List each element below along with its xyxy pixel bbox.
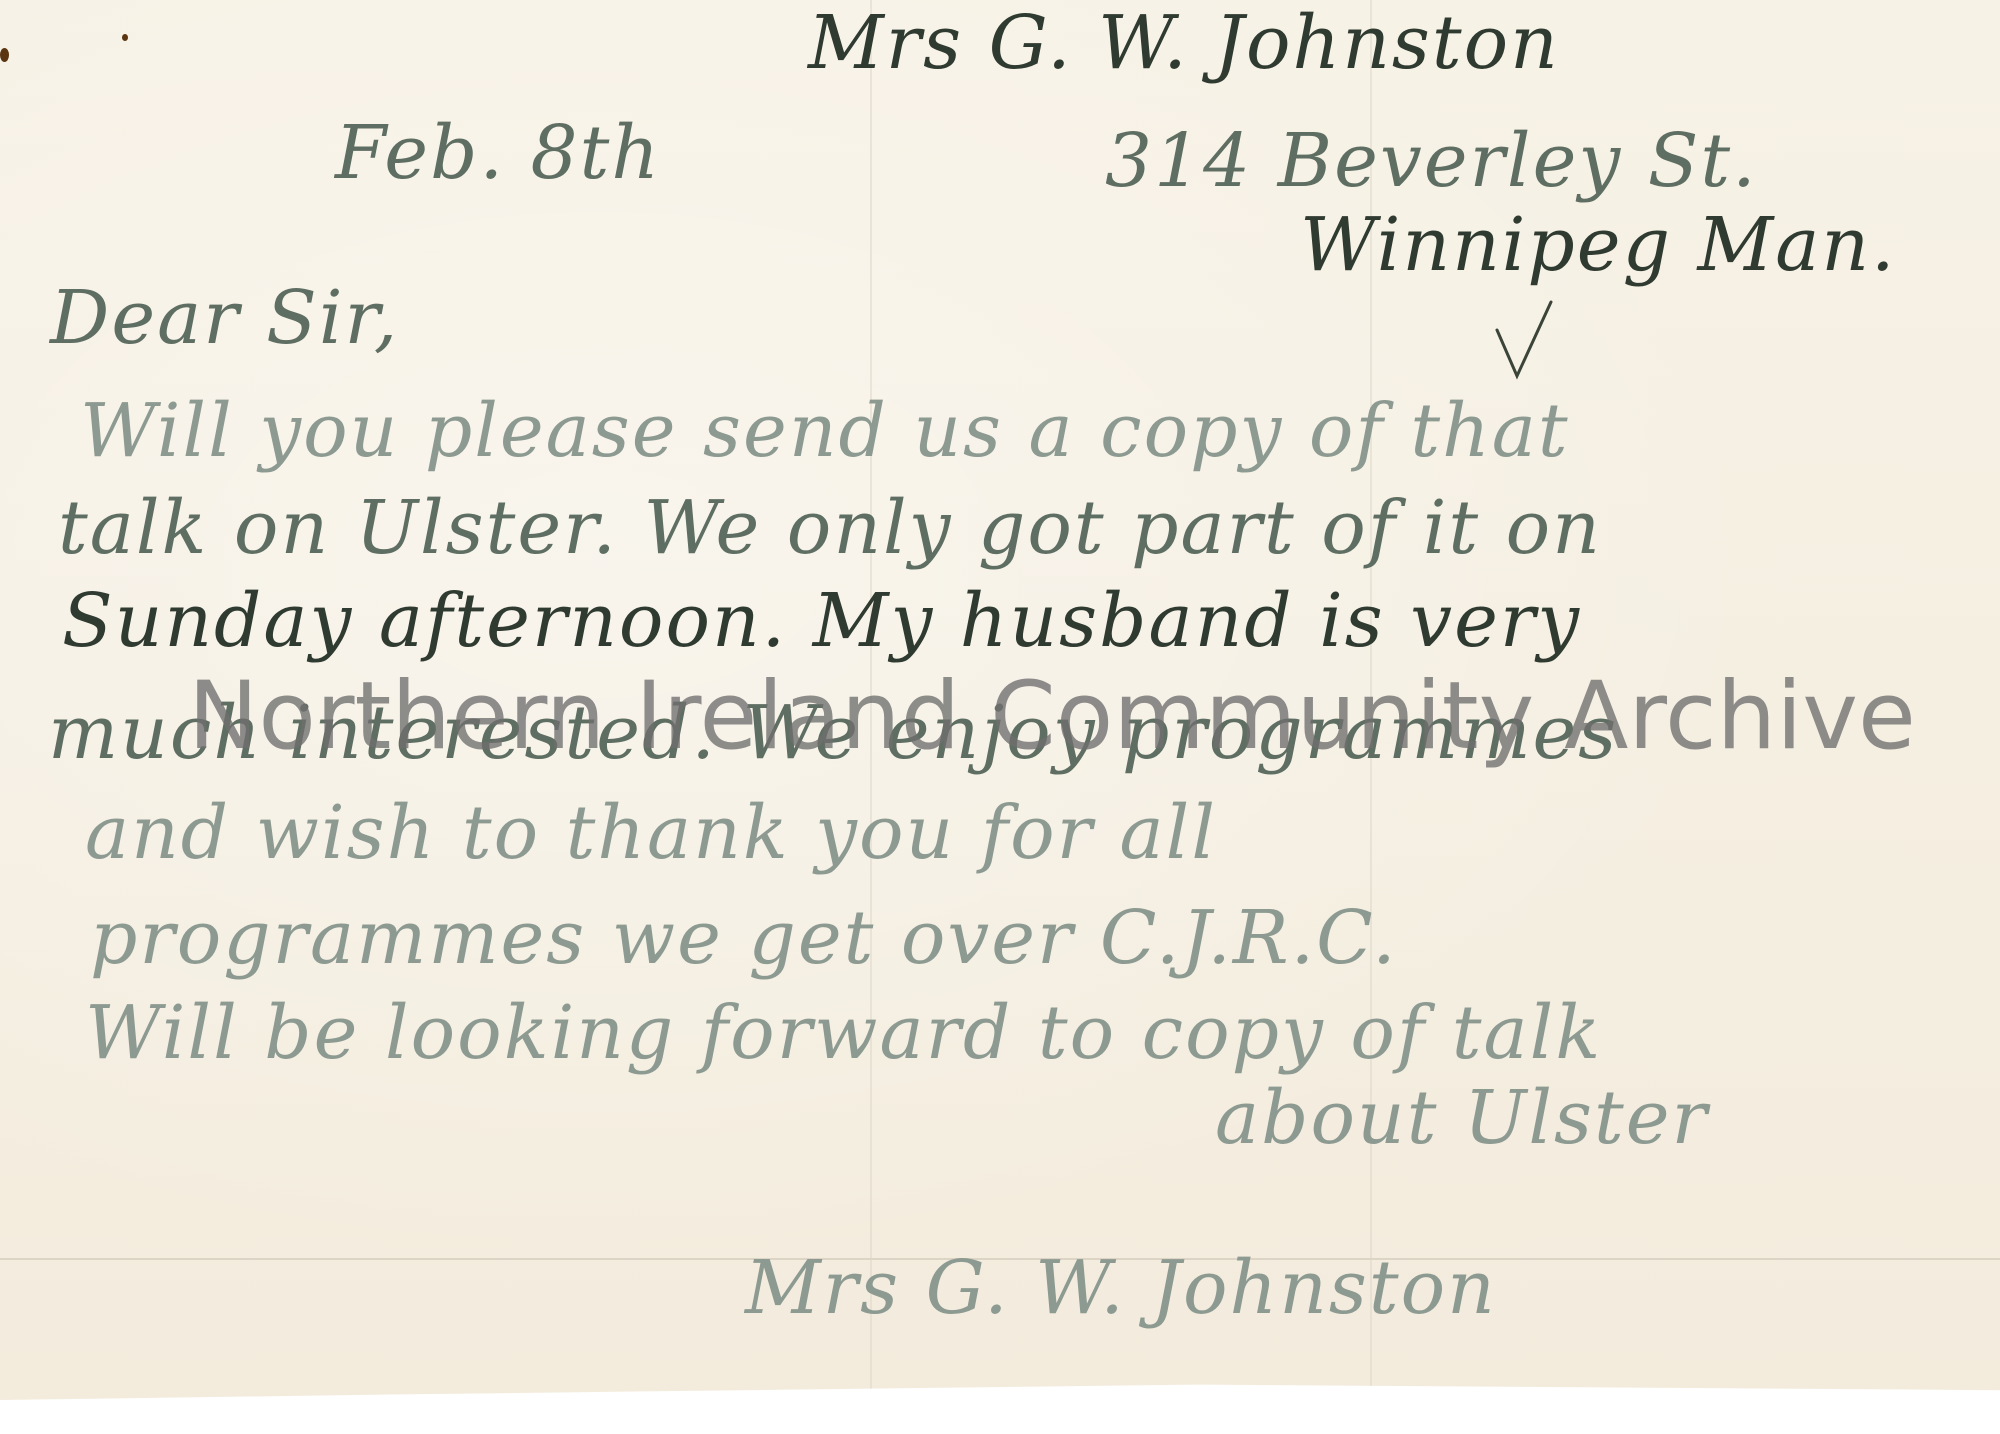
address-street: 314 Beverley St. <box>1105 118 1758 204</box>
body-line: programmes we get over C.J.R.C. <box>90 895 1398 981</box>
pin-hole-mark <box>0 48 9 62</box>
body-line: Will be looking forward to copy of talk <box>85 990 1602 1076</box>
letter-date: Feb. 8th <box>335 110 661 196</box>
letter-paper: Mrs G. W. Johnston Feb. 8th 314 Beverley… <box>0 0 2000 1400</box>
body-line: Sunday afternoon. My husband is very <box>62 578 1581 664</box>
body-line: Will you please send us a copy of that <box>80 388 1570 474</box>
checkmark-icon <box>1495 300 1555 380</box>
address-city: Winnipeg Man. <box>1300 202 1897 288</box>
sender-name-header: Mrs G. W. Johnston <box>808 0 1560 86</box>
body-line: about Ulster <box>1215 1075 1709 1161</box>
body-line: and wish to thank you for all <box>85 790 1217 876</box>
body-line: talk on Ulster. We only got part of it o… <box>58 485 1602 571</box>
salutation: Dear Sir, <box>50 275 399 361</box>
ink-spot <box>122 34 128 41</box>
signature: Mrs G. W. Johnston <box>745 1245 1497 1331</box>
archive-watermark: Northern Ireland Community Archive <box>188 662 1916 771</box>
